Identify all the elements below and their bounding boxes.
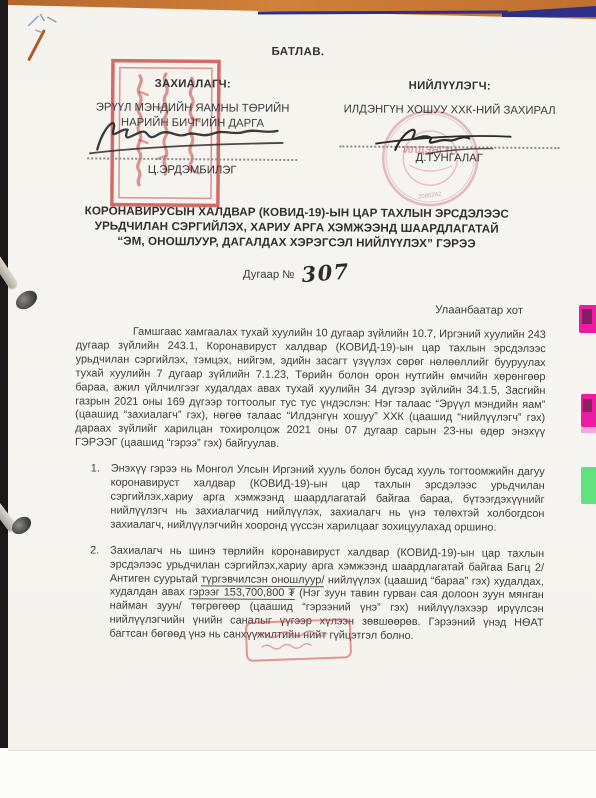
clause-1-number: 1. xyxy=(90,463,111,533)
tab-pale-edge xyxy=(581,427,596,433)
stamp-number: 2085242 xyxy=(418,192,443,201)
pen-scribble xyxy=(24,6,68,34)
preamble-paragraph: Гамшгаас хамгаалах тухай хуулийн 10 дуга… xyxy=(75,325,546,454)
contract-title-line3: “ЭМ, ОНОШЛУУР, ДАГАЛДАХ ХЭРЭГСЭЛ НИЙЛҮҮЛ… xyxy=(47,233,547,252)
city-label: Улаанбаатар хот xyxy=(73,301,523,317)
verification-stamp xyxy=(245,618,352,662)
customer-role-label: ЗАХИАЛАГЧ: xyxy=(88,77,298,91)
tab-ink-mark xyxy=(582,309,592,324)
clause-2-number: 2. xyxy=(89,544,110,641)
contract-title: КОРОНАВИРУСЫН ХАЛДВАР (КОВИД-19)-ЫН ЦАР … xyxy=(47,203,547,252)
clause-1: 1. Энэхүү гэрээ нь Монгол Улсын Иргэний … xyxy=(74,462,545,535)
supplier-role-label: НИЙЛҮҮЛЭГЧ: xyxy=(340,79,560,93)
customer-block: ЗАХИАЛАГЧ: ЭРҮҮЛ МЭНДИЙН ЯАМНЫ ТӨРИЙН НА… xyxy=(87,77,298,177)
contract-body: Гамшгаас хамгаалах тухай хуулийн 10 дуга… xyxy=(73,325,546,657)
clause-1-text: Энэхүү гэрээ нь Монгол Улсын Иргэний хуу… xyxy=(110,463,545,536)
tab-ink-mark xyxy=(583,399,592,412)
supplier-org: ИЛДЭНГҮН ХОШУУ ХХК-НИЙ ЗАХИРАЛ xyxy=(340,102,560,118)
doc-number-handwritten: 307 xyxy=(301,258,351,287)
supplier-signature xyxy=(367,120,519,163)
sticky-tab-green xyxy=(581,467,596,504)
pen-underline: гэрээг 153,700,800 ₮ xyxy=(189,587,295,601)
customer-signer-name: Ц.ЭРДЭМБИЛЭГ xyxy=(87,163,297,177)
supplier-block: НИЙЛҮҮЛЭГЧ: ИЛДЭНГҮН ХОШУУ ХХК-НИЙ ЗАХИР… xyxy=(339,79,560,164)
scanned-contract-page: ИЛДЭНГҮН 2085242 БАТЛАВ. ЗАХИАЛАГЧ: ЭРҮҮ… xyxy=(0,0,596,798)
page-content: ИЛДЭНГҮН 2085242 БАТЛАВ. ЗАХИАЛАГЧ: ЭРҮҮ… xyxy=(0,0,596,752)
customer-signature xyxy=(83,111,291,161)
pen-underline: түргэвчилсэн оношлуур/ xyxy=(201,573,324,587)
sticky-tab-pink-1 xyxy=(579,305,596,333)
doc-number: Дугаар №307 xyxy=(0,256,594,286)
doc-number-label: Дугаар № xyxy=(243,269,295,281)
approval-label: БАТЛАВ. xyxy=(0,44,596,61)
sticky-tab-pink-2 xyxy=(581,394,596,427)
